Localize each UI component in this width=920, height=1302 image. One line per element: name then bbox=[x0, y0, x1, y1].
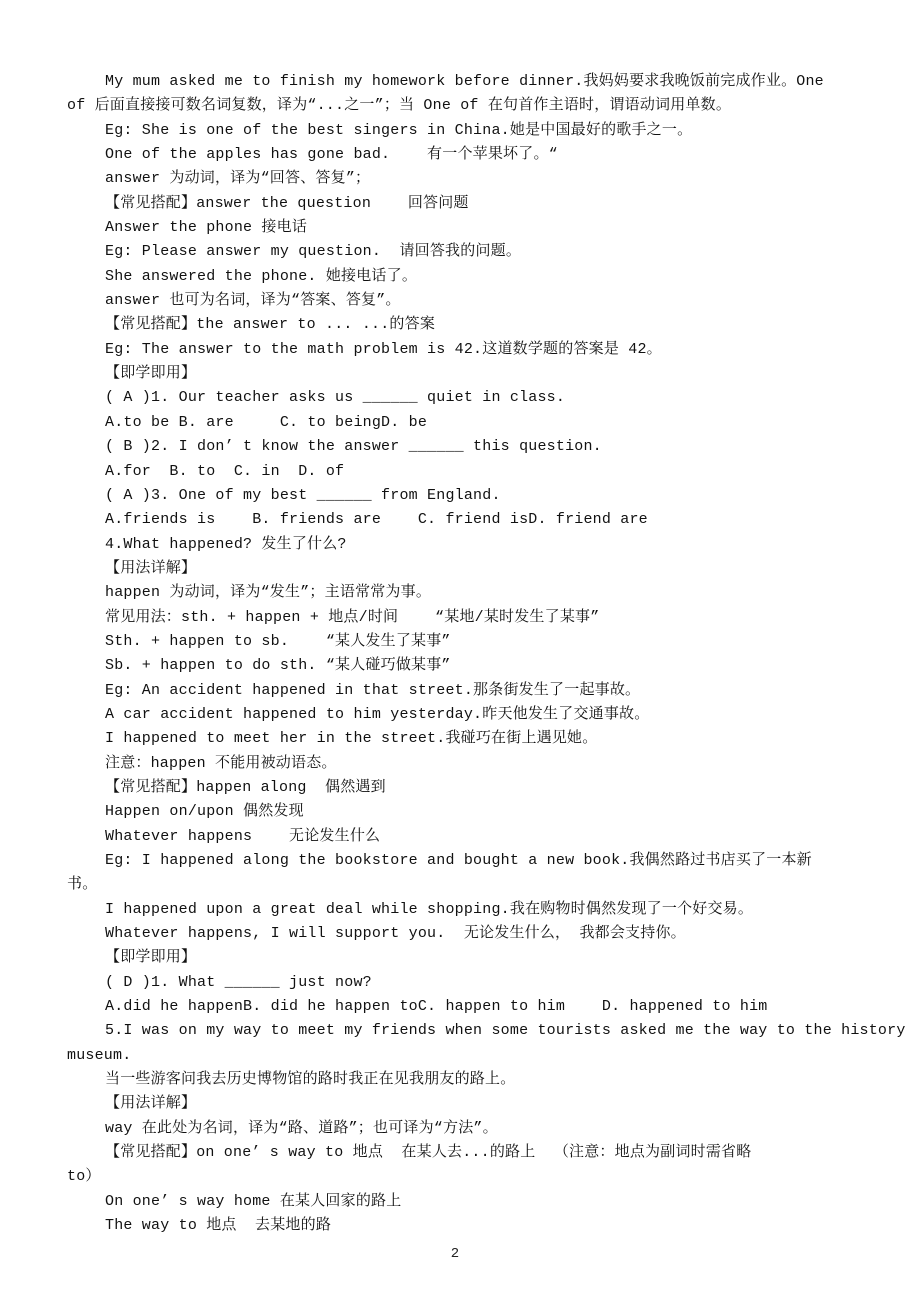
text-line: Eg: She is one of the best singers in Ch… bbox=[67, 119, 859, 143]
text-line: Whatever happens, I will support you. 无论… bbox=[67, 922, 859, 946]
text-line: 【即学即用】 bbox=[67, 946, 859, 970]
text-line: Eg: I happened along the bookstore and b… bbox=[67, 849, 859, 873]
text-line: to） bbox=[67, 1165, 859, 1189]
document-page: My mum asked me to finish my homework be… bbox=[0, 0, 920, 1302]
text-line: 【用法详解】 bbox=[67, 1092, 859, 1116]
text-line: A.for B. to C. in D. of bbox=[67, 460, 859, 484]
text-line: 【常见搭配】on one’ s way to 地点 在某人去...的路上 （注意… bbox=[67, 1141, 859, 1165]
text-line: museum. bbox=[67, 1044, 859, 1068]
text-line: ( A )1. Our teacher asks us ______ quiet… bbox=[67, 386, 859, 410]
text-line: 常见用法：sth. + happen + 地点/时间 “某地/某时发生了某事” bbox=[67, 606, 859, 630]
text-line: I happened to meet her in the street.我碰巧… bbox=[67, 727, 859, 751]
page-number: 2 bbox=[0, 1243, 910, 1265]
text-line: Whatever happens 无论发生什么 bbox=[67, 825, 859, 849]
text-line: 4.What happened? 发生了什么? bbox=[67, 533, 859, 557]
text-line: 【常见搭配】answer the question 回答问题 bbox=[67, 192, 859, 216]
text-line: Happen on/upon 偶然发现 bbox=[67, 800, 859, 824]
text-line: ( A )3. One of my best ______ from Engla… bbox=[67, 484, 859, 508]
text-line: 当一些游客问我去历史博物馆的路时我正在见我朋友的路上。 bbox=[67, 1068, 859, 1092]
text-line: 【用法详解】 bbox=[67, 557, 859, 581]
text-line: My mum asked me to finish my homework be… bbox=[67, 70, 859, 94]
text-line: answer 为动词，译为“回答、答复”； bbox=[67, 167, 859, 191]
text-line: answer 也可为名词，译为“答案、答复”。 bbox=[67, 289, 859, 313]
text-line: 【即学即用】 bbox=[67, 362, 859, 386]
text-line: of 后面直接接可数名词复数，译为“...之一”；当 One of 在句首作主语… bbox=[67, 94, 859, 118]
text-line: On one’ s way home 在某人回家的路上 bbox=[67, 1190, 859, 1214]
text-line: Eg: The answer to the math problem is 42… bbox=[67, 338, 859, 362]
text-line: Sth. + happen to sb. “某人发生了某事” bbox=[67, 630, 859, 654]
text-line: I happened upon a great deal while shopp… bbox=[67, 898, 859, 922]
text-line: ( D )1. What ______ just now? bbox=[67, 971, 859, 995]
text-line: Eg: Please answer my question. 请回答我的问题。 bbox=[67, 240, 859, 264]
text-line: A.did he happenB. did he happen toC. hap… bbox=[67, 995, 859, 1019]
document-lines: My mum asked me to finish my homework be… bbox=[67, 70, 859, 1239]
text-line: A.to be B. are C. to beingD. be bbox=[67, 411, 859, 435]
text-line: Answer the phone 接电话 bbox=[67, 216, 859, 240]
text-line: happen 为动词，译为“发生”；主语常常为事。 bbox=[67, 581, 859, 605]
text-line: 【常见搭配】happen along 偶然遇到 bbox=[67, 776, 859, 800]
text-line: ( B )2. I don’ t know the answer ______ … bbox=[67, 435, 859, 459]
text-line: 注意：happen 不能用被动语态。 bbox=[67, 752, 859, 776]
text-line: 【常见搭配】the answer to ... ...的答案 bbox=[67, 313, 859, 337]
text-line: 书。 bbox=[67, 873, 859, 897]
text-line: Eg: An accident happened in that street.… bbox=[67, 679, 859, 703]
text-line: 5.I was on my way to meet my friends whe… bbox=[67, 1019, 859, 1043]
text-line: The way to 地点 去某地的路 bbox=[67, 1214, 859, 1238]
text-line: A.friends is B. friends are C. friend is… bbox=[67, 508, 859, 532]
text-line: One of the apples has gone bad. 有一个苹果坏了。… bbox=[67, 143, 859, 167]
text-line: way 在此处为名词，译为“路、道路”；也可译为“方法”。 bbox=[67, 1117, 859, 1141]
text-line: A car accident happened to him yesterday… bbox=[67, 703, 859, 727]
text-line: She answered the phone. 她接电话了。 bbox=[67, 265, 859, 289]
text-line: Sb. + happen to do sth. “某人碰巧做某事” bbox=[67, 654, 859, 678]
